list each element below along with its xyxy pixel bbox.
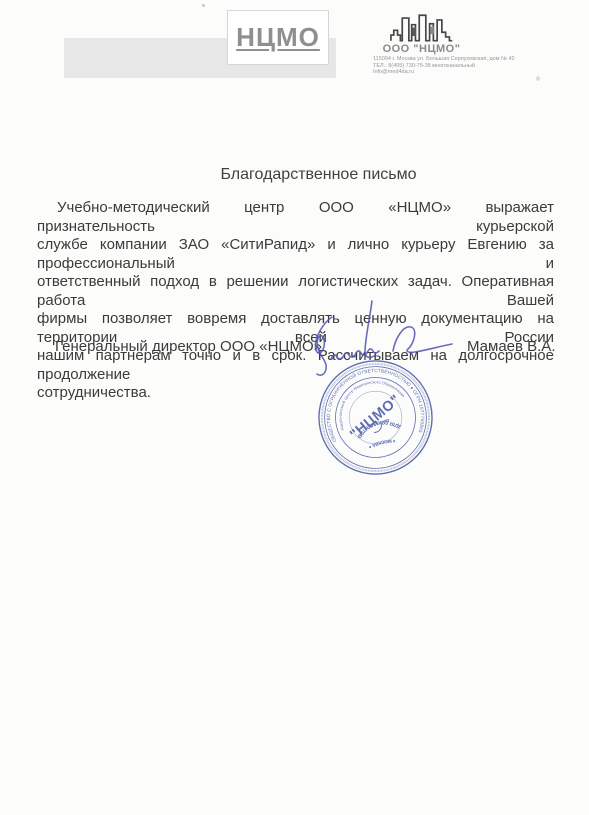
- signature-stroke: [393, 327, 452, 353]
- signer-name: Мамаев В.А.: [467, 338, 555, 355]
- skyline-outline: [391, 15, 452, 40]
- logo-box: НЦМО: [227, 10, 329, 65]
- contact-block: 115094 г. Москва ул. Большая Серпуховска…: [373, 56, 558, 76]
- body-line: службе компании ЗАО «СитиРапид» и лично …: [37, 236, 554, 273]
- stamp-outer-ring-text: ОБЩЕСТВО С ОГРАНИЧЕННОЙ ОТВЕТСТВЕННОСТЬЮ…: [316, 358, 430, 456]
- skyline-filled-block-2: [430, 27, 434, 35]
- body-line: Учебно-методический центр ООО «НЦМО» выр…: [37, 199, 554, 236]
- company-round-stamp: ОБЩЕСТВО С ОГРАНИЧЕННОЙ ОТВЕТСТВЕННОСТЬЮ…: [316, 358, 435, 477]
- letter-title: Благодарственное письмо: [60, 166, 577, 184]
- scan-speck: [202, 4, 205, 7]
- scan-speck: [292, 173, 294, 175]
- stamp-center-text: "НЦМО": [347, 392, 404, 443]
- signer-role: Генеральный директор ООО «НЦМО»: [55, 338, 322, 355]
- contact-email-line: Info@med4da.ru: [373, 69, 558, 76]
- logo-text: НЦМО: [236, 22, 320, 53]
- scan-speck: [536, 76, 540, 81]
- skyline-filled-block-1: [412, 28, 416, 36]
- scanned-letter-page: НЦМО ООО "НЦМО" 115094 г. Москва ул. Бол…: [0, 0, 589, 815]
- company-name: ООО "НЦМО": [374, 43, 469, 55]
- city-skyline-icon: [390, 12, 456, 43]
